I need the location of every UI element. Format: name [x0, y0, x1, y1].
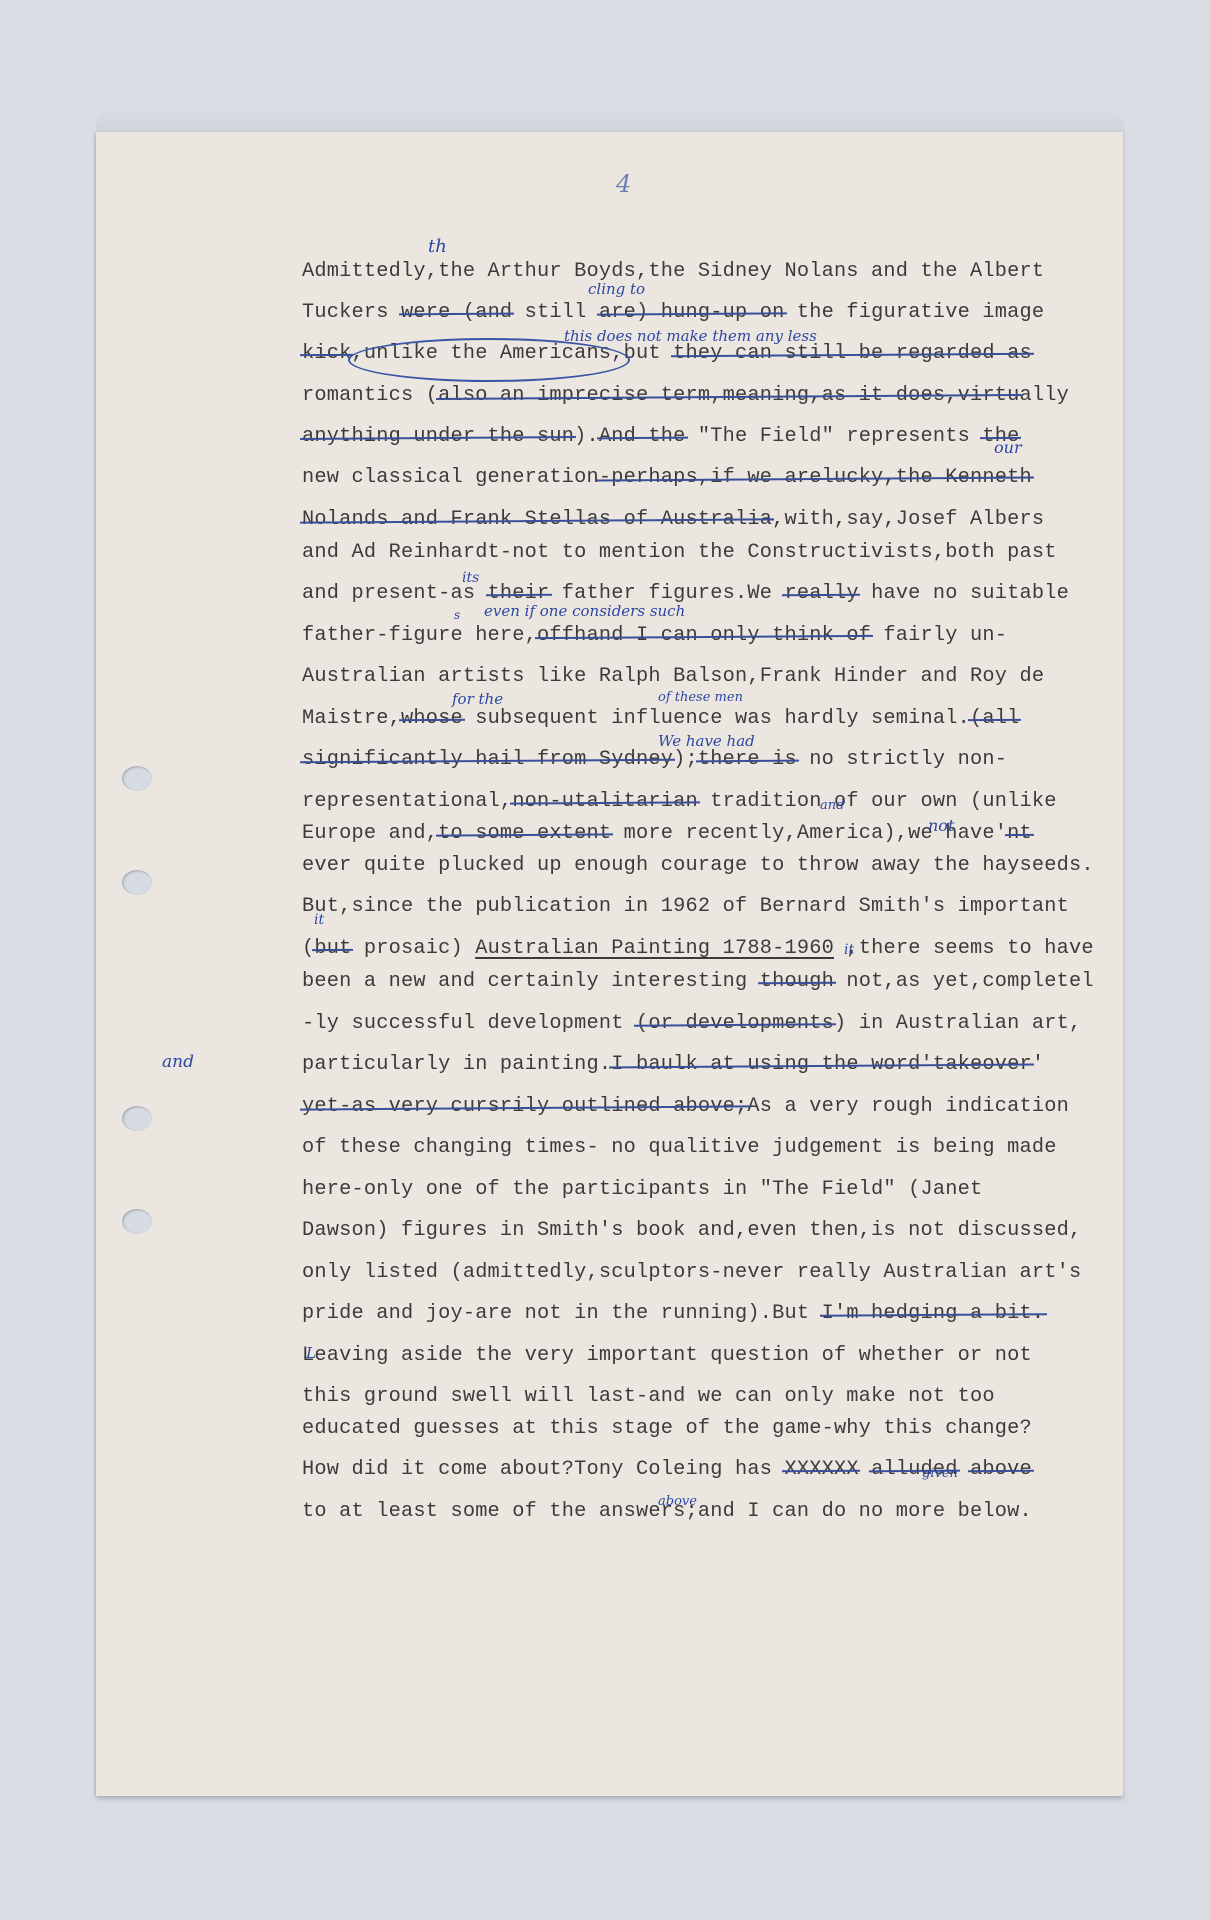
text-line: Nolands and Frank Stellas of Australia,w…	[302, 508, 1044, 531]
text-segment: no strictly non-	[797, 748, 1007, 771]
struck-text: nt	[1007, 822, 1032, 845]
text-segment: here-only one of the participants in "Th…	[302, 1178, 982, 1201]
text-segment: ,with,say,Josef Albers	[772, 508, 1044, 531]
text-segment: Tuckers	[302, 301, 401, 324]
text-segment: Maistre,	[302, 707, 401, 730]
punch-hole	[122, 766, 152, 791]
text-line: and present-as their father figures.We r…	[302, 582, 1069, 605]
struck-text: I baulk at using the word'takeover	[611, 1053, 1032, 1076]
text-line: anything under the sun).And the "The Fie…	[302, 425, 1020, 448]
handwritten-note: our	[994, 438, 1022, 457]
text-segment: educated guesses at this stage of the ga…	[302, 1417, 1032, 1440]
struck-text: anything under the sun	[302, 425, 574, 448]
handwritten-note: of these men	[658, 690, 743, 705]
handwritten-note: this does not make them any less	[564, 327, 817, 345]
struck-text: but	[314, 937, 351, 960]
struck-text: above	[970, 1458, 1032, 1481]
struck-text: really	[784, 582, 858, 605]
text-segment: of these changing times- no qualitive ju…	[302, 1136, 1057, 1159]
text-segment: this ground swell will last-and we can o…	[302, 1385, 995, 1408]
struck-text: also an imprecise term,meaning,as it doe…	[438, 384, 1019, 407]
underlined-title: Australian Painting 1788-1960	[475, 937, 834, 960]
text-segment: prosaic)	[352, 937, 476, 960]
text-line: only listed (admittedly,sculptors-never …	[302, 1261, 1081, 1284]
handwritten-note: not	[928, 816, 954, 835]
text-line: But,since the publication in 1962 of Ber…	[302, 895, 1069, 918]
text-segment: ever quite plucked up enough courage to …	[302, 854, 1094, 877]
struck-text: whose	[401, 707, 463, 730]
struck-text: were (and	[401, 301, 512, 324]
text-segment: ).	[574, 425, 599, 448]
text-line: Tuckers were (and still are) hung-up on …	[302, 301, 1044, 324]
struck-text: XXXXXX	[784, 1458, 858, 1481]
text-segment: -ly successful development	[302, 1012, 636, 1035]
text-line: particularly in painting.I baulk at usin…	[302, 1053, 1044, 1076]
text-segment: Leaving aside the very important questio…	[302, 1344, 1032, 1367]
struck-text: (all	[970, 707, 1019, 730]
struck-text: And the	[599, 425, 686, 448]
text-line: romantics (also an imprecise term,meanin…	[302, 384, 1069, 407]
handwritten-note: cling to	[588, 280, 645, 298]
handwritten-note: L	[306, 1344, 316, 1362]
handwritten-note: it	[314, 912, 324, 928]
text-line: pride and joy-are not in the running).Bu…	[302, 1302, 1044, 1325]
page-number: 4	[616, 170, 631, 198]
text-segment: new classical generation	[302, 466, 599, 489]
text-line: father-figure here,offhand I can only th…	[302, 624, 1007, 647]
handwritten-note: and	[820, 798, 844, 813]
text-segment: Dawson) figures in Smith's book and,even…	[302, 1219, 1081, 1242]
struck-text: -perhaps,if we arelucky,the Kenneth	[599, 466, 1032, 489]
text-segment: pride and joy-are not in the running).Bu…	[302, 1302, 822, 1325]
text-line: Dawson) figures in Smith's book and,even…	[302, 1219, 1081, 1242]
handwritten-note: for the	[452, 690, 503, 708]
struck-text: kick	[302, 342, 351, 365]
handwritten-note: and	[162, 1052, 194, 1072]
text-segment: only listed (admittedly,sculptors-never …	[302, 1261, 1081, 1284]
handwritten-note: We have had	[658, 732, 755, 750]
text-segment: still	[512, 301, 599, 324]
text-line: -ly successful development (or developme…	[302, 1012, 1081, 1035]
text-segment: Europe and,	[302, 822, 438, 845]
struck-text: they can still be regarded as	[673, 342, 1032, 365]
text-segment: not,as yet,completel	[834, 970, 1094, 993]
struck-text: are) hung-up on	[599, 301, 785, 324]
text-line: Australian artists like Ralph Balson,Fra…	[302, 665, 1044, 688]
text-segment: But,since the publication in 1962 of Ber…	[302, 895, 1069, 918]
handwritten-note: it	[844, 942, 854, 958]
text-segment: representational,	[302, 790, 512, 813]
struck-text: there is	[698, 748, 797, 771]
text-segment: and Ad Reinhardt-not to mention the Cons…	[302, 541, 1057, 564]
text-segment: ally	[1020, 384, 1069, 407]
handwritten-note: th	[428, 236, 447, 257]
text-segment: and present-as	[302, 582, 488, 605]
text-segment: "The Field" represents	[686, 425, 983, 448]
text-segment: tradition of our own (unlike	[698, 790, 1057, 813]
handwritten-note: above	[658, 1494, 697, 1509]
text-line: educated guesses at this stage of the ga…	[302, 1417, 1032, 1440]
text-line: of these changing times- no qualitive ju…	[302, 1136, 1057, 1159]
struck-text: significantly hail from Sydney	[302, 748, 673, 771]
text-segment: been a new and certainly interesting	[302, 970, 760, 993]
text-line: representational,non-utalitarian traditi…	[302, 790, 1057, 813]
text-line: Maistre,whose subsequent influence was h…	[302, 707, 1020, 730]
struck-text: I'm hedging a bit.	[822, 1302, 1045, 1325]
text-line: Leaving aside the very important questio…	[302, 1344, 1032, 1367]
struck-text: Nolands and Frank Stellas of Australia	[302, 508, 772, 531]
text-segment: '	[1032, 1053, 1044, 1076]
handwritten-note: given	[922, 1466, 958, 1481]
struck-text: non-utalitarian	[512, 790, 698, 813]
text-line: Europe and,to some extent more recently,…	[302, 822, 1032, 845]
struck-text: yet-as very cursrily outlined above;	[302, 1095, 747, 1118]
text-segment: Australian artists like Ralph Balson,Fra…	[302, 665, 1044, 688]
struck-text: offhand I can only think of	[537, 624, 871, 647]
handwritten-note: its	[462, 570, 479, 586]
text-line: significantly hail from Sydney);there is…	[302, 748, 1007, 771]
text-segment: Admittedly,the Arthur Boyds,the Sidney N…	[302, 260, 1044, 283]
text-line: here-only one of the participants in "Th…	[302, 1178, 982, 1201]
struck-text: (or developments	[636, 1012, 834, 1035]
struck-text: to some extent	[438, 822, 611, 845]
text-line: Admittedly,the Arthur Boyds,the Sidney N…	[302, 260, 1044, 283]
text-line: (but prosaic) Australian Painting 1788-1…	[302, 937, 1094, 960]
text-line: this ground swell will last-and we can o…	[302, 1385, 995, 1408]
punch-hole	[122, 1106, 152, 1131]
text-segment: particularly in painting.	[302, 1053, 611, 1076]
punch-hole	[122, 1209, 152, 1234]
text-segment: have no suitable	[859, 582, 1069, 605]
typescript-page: 4 Admittedly,the Arthur Boyds,the Sidney…	[96, 132, 1123, 1796]
text-segment: father-figure here,	[302, 624, 537, 647]
circled-phrase-mark	[348, 338, 630, 382]
text-segment: romantics (	[302, 384, 438, 407]
handwritten-note: s	[454, 608, 460, 622]
struck-text: though	[760, 970, 834, 993]
handwritten-note: even if one considers such	[484, 602, 685, 620]
text-segment: ) in Australian art,	[834, 1012, 1081, 1035]
text-segment: How did it come about?Tony Coleing has	[302, 1458, 784, 1481]
text-segment: fairly un-	[871, 624, 1007, 647]
text-segment: the figurative image	[784, 301, 1044, 324]
text-line: new classical generation-perhaps,if we a…	[302, 466, 1032, 489]
text-segment: subsequent influence was hardly seminal.	[463, 707, 970, 730]
text-segment: As a very rough indication	[747, 1095, 1069, 1118]
text-line: been a new and certainly interesting tho…	[302, 970, 1094, 993]
text-segment: );	[673, 748, 698, 771]
punch-hole	[122, 870, 152, 895]
text-line: and Ad Reinhardt-not to mention the Cons…	[302, 541, 1057, 564]
text-segment: ,there seems to have	[834, 937, 1094, 960]
text-line: yet-as very cursrily outlined above;As a…	[302, 1095, 1069, 1118]
text-line: ever quite plucked up enough courage to …	[302, 854, 1094, 877]
